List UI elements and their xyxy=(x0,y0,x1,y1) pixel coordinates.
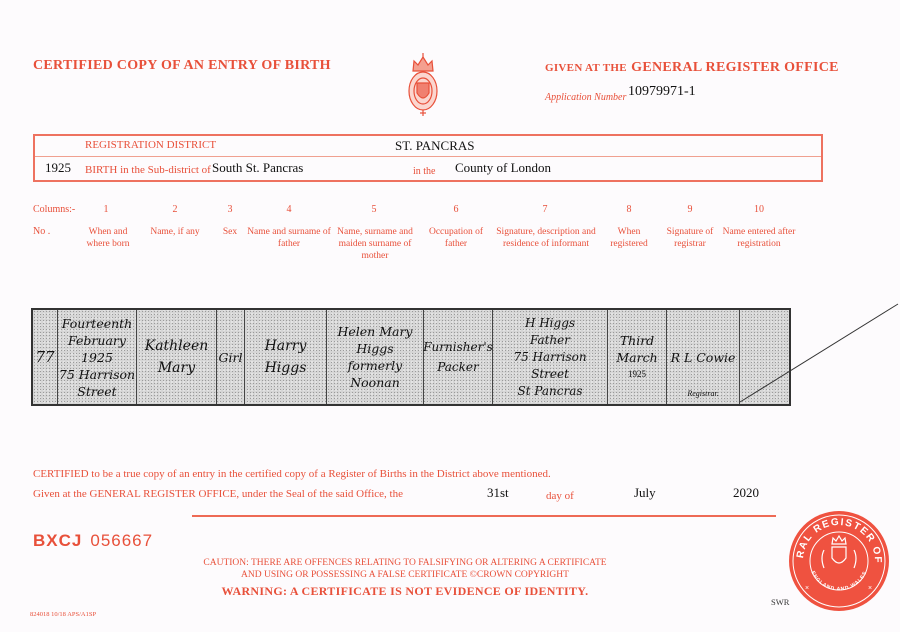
mother-line-4: Noonan xyxy=(337,374,412,391)
serial-number: 056667 xyxy=(90,531,153,550)
born-line-3: 75 Harrison xyxy=(58,366,136,383)
registered-line-2: March xyxy=(616,349,657,366)
entry-mother: Helen Mary Higgs formerly Noonan xyxy=(327,310,424,404)
mother-line-2: Higgs xyxy=(337,340,412,357)
column-heading-10: Name entered after registration xyxy=(722,226,796,250)
given-under-seal-statement: Given at the GENERAL REGISTER OFFICE, un… xyxy=(33,488,403,500)
entry-when-registered: Third March 1925 xyxy=(608,310,667,404)
entry-informant: H Higgs Father 75 Harrison Street St Pan… xyxy=(493,310,608,404)
column-number-7: 7 xyxy=(535,204,555,215)
father-line-1: Harry xyxy=(265,335,307,357)
column-heading-2: Name, if any xyxy=(140,226,210,238)
registrar-label: Registrar. xyxy=(667,385,739,402)
office-name: GENERAL REGISTER OFFICE xyxy=(631,60,839,75)
column-number-9: 9 xyxy=(680,204,700,215)
registered-year: 1925 xyxy=(616,366,657,383)
occupation-line-1: Furnisher's xyxy=(423,337,493,357)
column-number-2: 2 xyxy=(165,204,185,215)
identity-warning: WARNING: A CERTIFICATE IS NOT EVIDENCE O… xyxy=(190,584,620,599)
registration-district-box: REGISTRATION DISTRICT ST. PANCRAS 1925 B… xyxy=(33,134,823,182)
informant-line-4: St Pancras xyxy=(493,383,607,400)
district-divider xyxy=(35,156,821,157)
informant-line-2: Father xyxy=(493,332,607,349)
registrar-signature: R L Cowie xyxy=(671,349,736,366)
county-label: in the xyxy=(413,166,436,177)
application-number-label: Application Number xyxy=(545,92,626,103)
informant-line-3: 75 Harrison Street xyxy=(493,349,607,383)
born-line-2: February 1925 xyxy=(58,332,136,366)
entry-when-where-born: Fourteenth February 1925 75 Harrison Str… xyxy=(58,310,137,404)
occupation-line-2: Packer xyxy=(423,357,493,377)
svg-text:×: × xyxy=(805,585,809,592)
certificate-title: CERTIFIED COPY OF AN ENTRY OF BIRTH xyxy=(33,58,331,74)
royal-coat-of-arms-icon xyxy=(406,53,440,117)
column-heading-3: Sex xyxy=(215,226,245,238)
column-heading-7: Signature, description and residence of … xyxy=(494,226,598,250)
mother-line-1: Helen Mary xyxy=(337,323,412,340)
registration-district-value: ST. PANCRAS xyxy=(395,138,474,154)
svg-text:×: × xyxy=(868,585,872,592)
subdistrict-value: South St. Pancras xyxy=(212,160,303,176)
certification-month: July xyxy=(634,485,656,501)
print-code: 824018 10/18 APS/A1SP xyxy=(30,611,96,618)
name-line-1: Kathleen xyxy=(145,335,209,357)
certification-day: 31st xyxy=(487,485,509,501)
no-label: No . xyxy=(33,226,50,237)
certification-year: 2020 xyxy=(733,485,759,501)
born-line-4: Street xyxy=(58,383,136,400)
entry-registrar-signature: R L Cowie Registrar. xyxy=(667,310,740,404)
column-number-5: 5 xyxy=(364,204,384,215)
caution-notice: CAUTION: THERE ARE OFFENCES RELATING TO … xyxy=(190,557,620,581)
father-line-2: Higgs xyxy=(265,357,307,379)
given-at-heading: GIVEN AT THE GENERAL REGISTER OFFICE xyxy=(545,58,839,76)
registered-line-1: Third xyxy=(616,332,657,349)
column-heading-4: Name and surname of father xyxy=(247,226,331,250)
cancellation-stroke xyxy=(738,300,900,406)
column-heading-5: Name, surname and maiden surname of moth… xyxy=(334,226,416,262)
column-number-4: 4 xyxy=(279,204,299,215)
columns-label: Columns:- xyxy=(33,204,75,215)
column-heading-6: Occupation of father xyxy=(426,226,486,250)
signature-rule xyxy=(192,515,776,517)
column-number-3: 3 xyxy=(220,204,240,215)
column-heading-8: When registered xyxy=(606,226,652,250)
column-number-10: 10 xyxy=(749,204,769,215)
mother-line-3: formerly xyxy=(337,357,412,374)
born-line-1: Fourteenth xyxy=(58,315,136,332)
column-heading-9: Signature of registrar xyxy=(665,226,715,250)
application-number: 10979971-1 xyxy=(628,84,696,100)
column-number-6: 6 xyxy=(446,204,466,215)
given-at-label: GIVEN AT THE xyxy=(545,62,627,74)
column-number-8: 8 xyxy=(619,204,639,215)
informant-line-1: H Higgs xyxy=(493,315,607,332)
issuer-initials: SWR xyxy=(771,597,789,607)
certification-statement: CERTIFIED to be a true copy of an entry … xyxy=(33,468,551,480)
entry-number: 77 xyxy=(33,310,58,404)
general-register-office-seal-icon: GENERAL REGISTER OFFICE ENGLAND AND WALE… xyxy=(788,510,890,612)
column-heading-1: When and where born xyxy=(78,226,138,250)
caution-line-1: CAUTION: THERE ARE OFFENCES RELATING TO … xyxy=(190,557,620,569)
entry-sex: Girl xyxy=(217,310,245,404)
day-of-label: day of xyxy=(546,490,574,502)
caution-line-2: AND USING OR POSSESSING A FALSE CERTIFIC… xyxy=(190,569,620,581)
name-line-2: Mary xyxy=(145,357,209,379)
certificate-serial: BXCJ056667 xyxy=(33,531,153,551)
subdistrict-label: BIRTH in the Sub-district of xyxy=(85,164,211,176)
entry-name: Kathleen Mary xyxy=(137,310,217,404)
column-number-1: 1 xyxy=(96,204,116,215)
entry-occupation: Furnisher's Packer xyxy=(424,310,493,404)
serial-prefix: BXCJ xyxy=(33,531,82,550)
registration-district-label: REGISTRATION DISTRICT xyxy=(85,139,216,151)
entry-father: Harry Higgs xyxy=(245,310,327,404)
register-entry-row: 77 Fourteenth February 1925 75 Harrison … xyxy=(31,308,791,406)
birth-year: 1925 xyxy=(45,160,71,176)
county-value: County of London xyxy=(455,160,551,176)
